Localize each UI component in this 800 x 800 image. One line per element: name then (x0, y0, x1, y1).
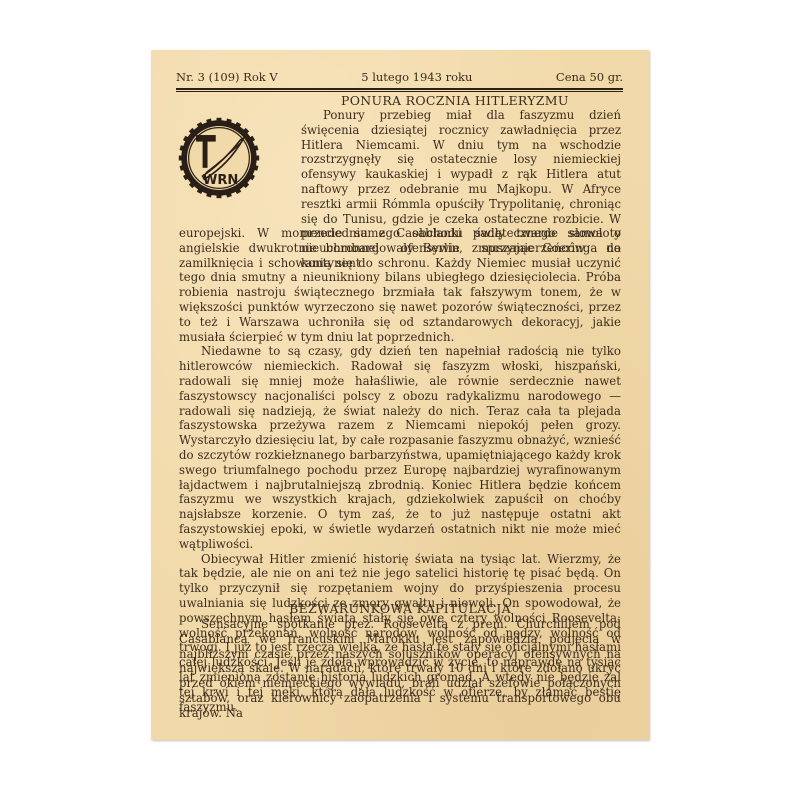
article-title: PONURA ROCZNIA HITLERYZMU (341, 93, 569, 108)
newspaper-page: Nr. 3 (109) Rok V 5 lutego 1943 roku Cen… (151, 50, 649, 740)
wrn-emblem-icon: WRN (178, 117, 260, 199)
article2-body: Sensacyjne spotkanie prez. Roosevelta z … (179, 617, 621, 721)
article2-title: BEZWARUNKOWA KAPITULACJA (151, 601, 649, 616)
issue-number: Nr. 3 (109) Rok V (176, 70, 278, 84)
article2-paragraph-1: Sensacyjne spotkanie prez. Roosevelta z … (179, 617, 621, 721)
masthead-rule (176, 88, 623, 92)
issue-date: 5 lutego 1943 roku (361, 70, 472, 84)
paragraph-1: europejski. W momencie samego obchodu św… (179, 226, 621, 344)
logo-label: WRN (203, 173, 239, 188)
masthead: Nr. 3 (109) Rok V 5 lutego 1943 roku Cen… (176, 70, 623, 88)
paragraph-2: Niedawne to są czasy, gdy dzień ten nape… (179, 344, 621, 551)
issue-price: Cena 50 gr. (556, 70, 623, 84)
